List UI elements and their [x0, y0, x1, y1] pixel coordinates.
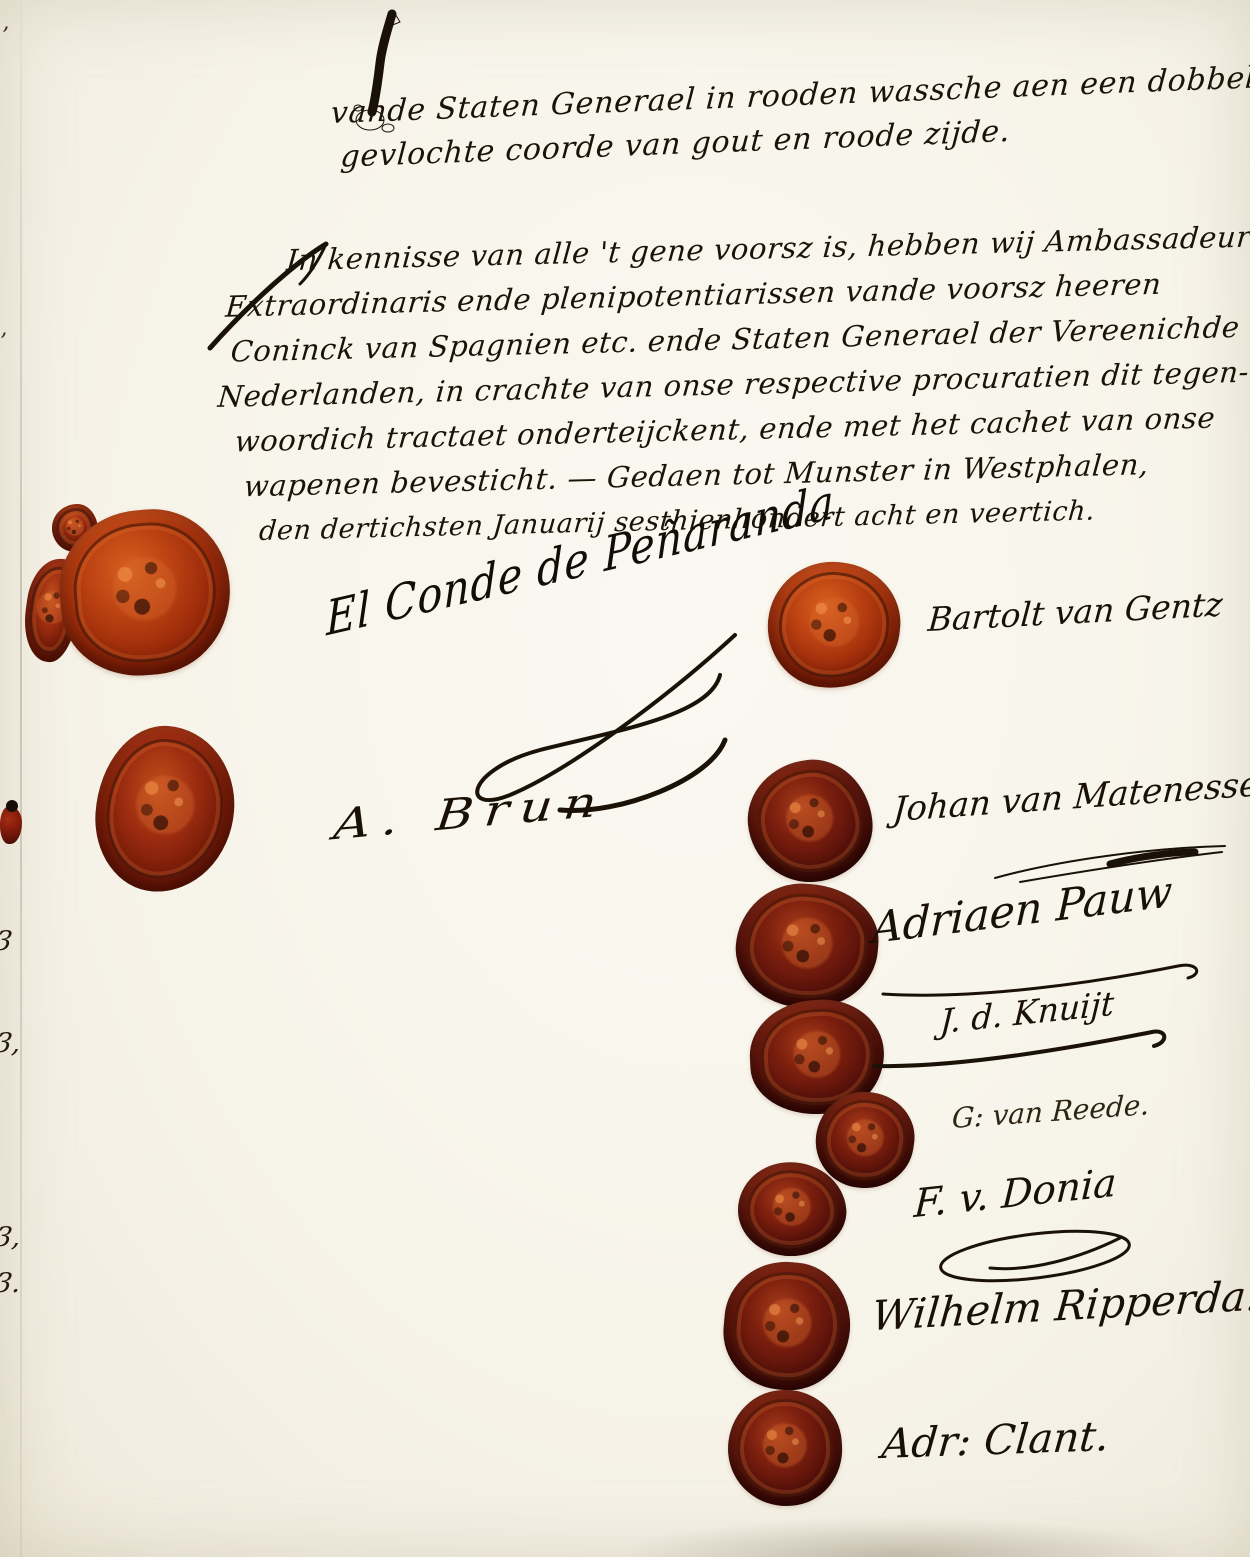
wax-seal-gent — [762, 555, 906, 694]
edge-speck: ’ — [0, 330, 7, 355]
wax-smudge-left-edge — [0, 806, 22, 844]
scan-shadow — [620, 1518, 1180, 1557]
edge-speck: ’ — [2, 24, 9, 49]
paper-crease — [20, 0, 22, 1557]
signature-ripperda: Wilhelm Ripperda. — [870, 1272, 1250, 1341]
signature-matenesse: Johan van Matenesse — [892, 764, 1250, 830]
wax-seal-pauw — [732, 879, 882, 1013]
edge-mark: 3 — [0, 926, 14, 957]
signature-clant: Adr: Clant. — [880, 1412, 1111, 1468]
header-text-block: vande Staten Generael in rooden wassche … — [330, 55, 1250, 180]
wax-seal-ripperda — [719, 1257, 856, 1395]
signature-flourish — [872, 1022, 1172, 1070]
wax-seal-matenesse — [742, 754, 878, 888]
manuscript-page: vande Staten Generael in rooden wassche … — [0, 0, 1250, 1557]
signature-gent: Bartolt van Gentz — [927, 584, 1224, 639]
signature-flourish — [930, 1218, 1150, 1288]
wax-seal-brun — [90, 721, 239, 896]
wax-seal-clant — [724, 1386, 846, 1510]
signature-reede: G: van Reede. — [951, 1088, 1150, 1135]
